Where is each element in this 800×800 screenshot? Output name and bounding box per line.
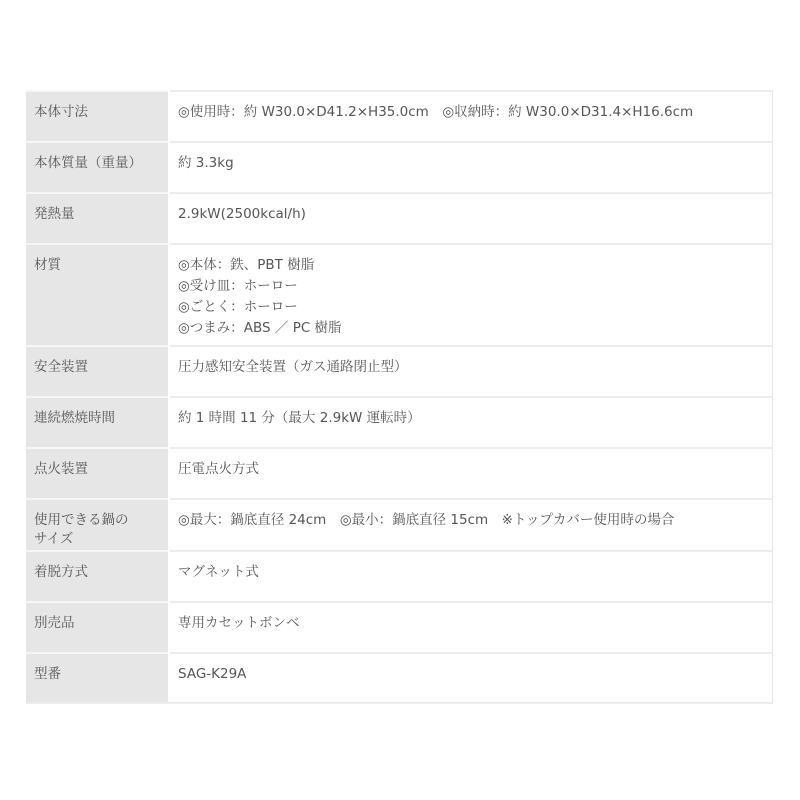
row-label: 材質: [26, 244, 169, 346]
label-line: 使用できる鍋の: [34, 510, 160, 531]
row-value: SAG-K29A: [169, 653, 773, 703]
value-line: ◎本体：鉄、PBT 樹脂: [178, 255, 764, 276]
label-line: サイズ: [34, 531, 160, 548]
table-row-attachment: 着脱方式 マグネット式: [26, 551, 773, 602]
row-value: 圧電点火方式: [169, 448, 773, 499]
value-line: 圧電点火方式: [178, 459, 764, 480]
value-line: 約 3.3kg: [178, 153, 764, 174]
table-row-weight: 本体質量（重量） 約 3.3kg: [26, 142, 773, 193]
value-line: ◎最大：鍋底直径 24cm ◎最小：鍋底直径 15cm ※トップカバー使用時の場…: [178, 510, 764, 531]
value-line: ◎つまみ：ABS ／ PC 樹脂: [178, 318, 764, 339]
value-line: 2.9kW(2500kcal/h): [178, 204, 764, 225]
row-label: 別売品: [26, 602, 169, 653]
row-value: 約 3.3kg: [169, 142, 773, 193]
value-line: ◎受け皿：ホーロー: [178, 276, 764, 297]
table-row-model-number: 型番 SAG-K29A: [26, 653, 773, 703]
row-value: 専用カセットボンベ: [169, 602, 773, 653]
row-value: マグネット式: [169, 551, 773, 602]
value-line: 約 1 時間 11 分（最大 2.9kW 運転時）: [178, 408, 764, 429]
table-row-ignition: 点火装置 圧電点火方式: [26, 448, 773, 499]
row-value: 約 1 時間 11 分（最大 2.9kW 運転時）: [169, 397, 773, 448]
table-row-pot-size: 使用できる鍋の サイズ ◎最大：鍋底直径 24cm ◎最小：鍋底直径 15cm …: [26, 499, 773, 551]
row-value: ◎使用時：約 W30.0×D41.2×H35.0cm ◎収納時：約 W30.0×…: [169, 91, 773, 142]
row-label: 連続燃焼時間: [26, 397, 169, 448]
row-label: 本体寸法: [26, 91, 169, 142]
value-line: マグネット式: [178, 562, 764, 583]
table-row-heat-output: 発熱量 2.9kW(2500kcal/h): [26, 193, 773, 244]
row-value: ◎本体：鉄、PBT 樹脂 ◎受け皿：ホーロー ◎ごとく：ホーロー ◎つまみ：AB…: [169, 244, 773, 346]
value-line: ◎ごとく：ホーロー: [178, 297, 764, 318]
row-label: 点火装置: [26, 448, 169, 499]
row-label: 着脱方式: [26, 551, 169, 602]
table-row-burn-time: 連続燃焼時間 約 1 時間 11 分（最大 2.9kW 運転時）: [26, 397, 773, 448]
row-value: ◎最大：鍋底直径 24cm ◎最小：鍋底直径 15cm ※トップカバー使用時の場…: [169, 499, 773, 551]
table-row-safety-device: 安全装置 圧力感知安全装置（ガス通路閉止型）: [26, 346, 773, 397]
row-value: 圧力感知安全装置（ガス通路閉止型）: [169, 346, 773, 397]
table-row-sold-separately: 別売品 専用カセットボンベ: [26, 602, 773, 653]
spec-table-body: 本体寸法 ◎使用時：約 W30.0×D41.2×H35.0cm ◎収納時：約 W…: [26, 91, 773, 703]
value-line: SAG-K29A: [178, 664, 764, 685]
row-label: 型番: [26, 653, 169, 703]
table-row-dimensions: 本体寸法 ◎使用時：約 W30.0×D41.2×H35.0cm ◎収納時：約 W…: [26, 91, 773, 142]
row-label: 使用できる鍋の サイズ: [26, 499, 169, 551]
row-label: 発熱量: [26, 193, 169, 244]
spec-table: 本体寸法 ◎使用時：約 W30.0×D41.2×H35.0cm ◎収納時：約 W…: [26, 90, 773, 704]
value-line: 専用カセットボンベ: [178, 613, 764, 634]
row-label: 安全装置: [26, 346, 169, 397]
row-value: 2.9kW(2500kcal/h): [169, 193, 773, 244]
value-line: 圧力感知安全装置（ガス通路閉止型）: [178, 357, 764, 378]
value-line: ◎使用時：約 W30.0×D41.2×H35.0cm ◎収納時：約 W30.0×…: [178, 102, 764, 123]
table-row-material: 材質 ◎本体：鉄、PBT 樹脂 ◎受け皿：ホーロー ◎ごとく：ホーロー ◎つまみ…: [26, 244, 773, 346]
row-label: 本体質量（重量）: [26, 142, 169, 193]
